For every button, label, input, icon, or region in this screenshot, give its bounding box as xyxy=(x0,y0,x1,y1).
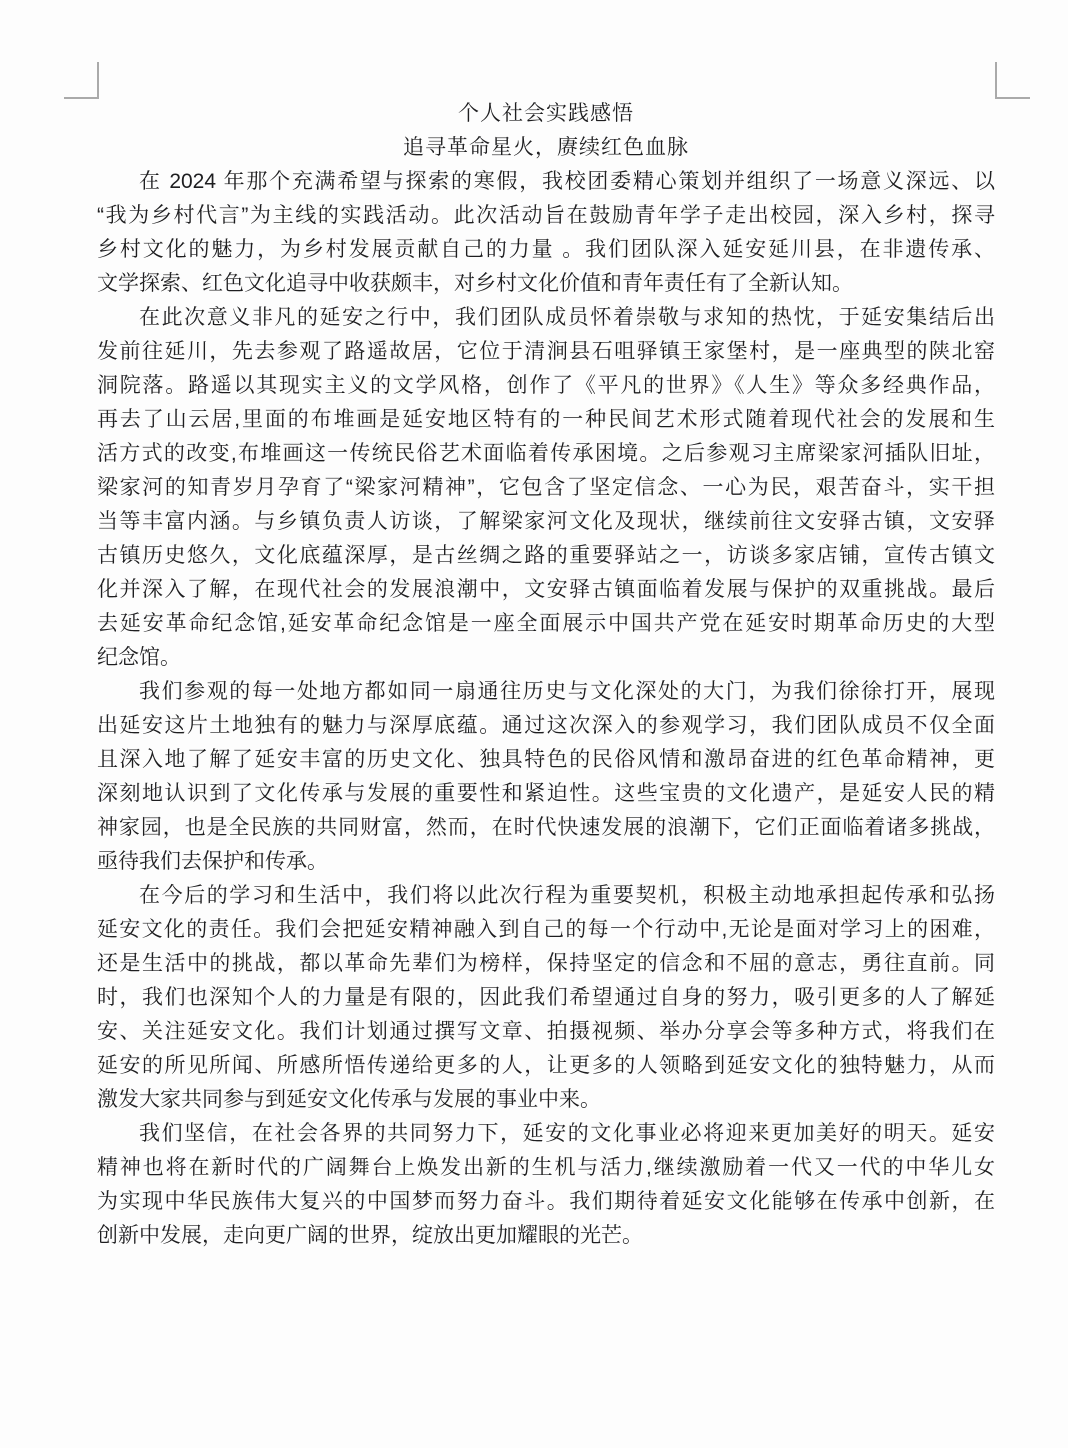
body-line: 梁家河的知青岁月孕育了“梁家河精神”，它包含了坚定信念、一心为民，艰苦奋斗，实干… xyxy=(97,471,995,505)
document-subtitle: 追寻革命星火，赓续红色血脉 xyxy=(97,131,995,165)
body-line: 当等丰富内涵。与乡镇负责人访谈，了解梁家河文化及现状，继续前往文安驿古镇，文安驿 xyxy=(97,505,995,539)
body-line: 延安文化的责任。我们会把延安精神融入到自己的每一个行动中,无论是面对学习上的困难… xyxy=(97,913,995,947)
body-line: 激发大家共同参与到延安文化传承与发展的事业中来。 xyxy=(97,1083,995,1117)
body-line: 古镇历史悠久，文化底蕴深厚，是古丝绸之路的重要驿站之一，访谈多家店铺，宣传古镇文 xyxy=(97,539,995,573)
body-line: 创新中发展，走向更广阔的世界，绽放出更加耀眼的光芒。 xyxy=(97,1219,995,1253)
body-line: 活方式的改变,布堆画这一传统民俗艺术面临着传承困境。之后参观习主席梁家河插队旧址… xyxy=(97,437,995,471)
body-line: 精神也将在新时代的广阔舞台上焕发出新的生机与活力,继续激励着一代又一代的中华儿女 xyxy=(97,1151,995,1185)
body-line: 我们坚信，在社会各界的共同努力下，延安的文化事业必将迎来更加美好的明天。延安 xyxy=(97,1117,995,1151)
document-content: 个人社会实践感悟 追寻革命星火，赓续红色血脉 在 2024 年那个充满希望与探索… xyxy=(97,97,995,1253)
document-title: 个人社会实践感悟 xyxy=(97,97,995,131)
body-line: 时，我们也深知个人的力量是有限的，因此我们希望通过自身的努力，吸引更多的人了解延 xyxy=(97,981,995,1015)
document-body: 在 2024 年那个充满希望与探索的寒假，我校团委精心策划并组织了一场意义深远、… xyxy=(97,165,995,1253)
body-line: 在今后的学习和生活中，我们将以此次行程为重要契机，积极主动地承担起传承和弘扬 xyxy=(97,879,995,913)
body-line: 深刻地认识到了文化传承与发展的重要性和紧迫性。这些宝贵的文化遗产，是延安人民的精 xyxy=(97,777,995,811)
body-line: 再去了山云居,里面的布堆画是延安地区特有的一种民间艺术形式随着现代社会的发展和生 xyxy=(97,403,995,437)
body-line: 发前往延川，先去参观了路遥故居，它位于清涧县石咀驿镇王家堡村，是一座典型的陕北窑 xyxy=(97,335,995,369)
body-line: 纪念馆。 xyxy=(97,641,995,675)
margin-corner-mark-top-left xyxy=(64,62,99,99)
document-page: 个人社会实践感悟 追寻革命星火，赓续红色血脉 在 2024 年那个充满希望与探索… xyxy=(0,0,1068,1448)
body-line: 乡村文化的魅力，为乡村发展贡献自己的力量 。我们团队深入延安延川县，在非遗传承、 xyxy=(97,233,995,267)
body-line: 洞院落。路遥以其现实主义的文学风格，创作了《平凡的世界》《人生》等众多经典作品， xyxy=(97,369,995,403)
margin-corner-mark-top-right xyxy=(995,62,1030,99)
body-line: 神家园，也是全民族的共同财富，然而，在时代快速发展的浪潮下，它们正面临着诸多挑战… xyxy=(97,811,995,845)
body-line: 化并深入了解，在现代社会的发展浪潮中，文安驿古镇面临着发展与保护的双重挑战。最后 xyxy=(97,573,995,607)
body-line: 为实现中华民族伟大复兴的中国梦而努力奋斗。我们期待着延安文化能够在传承中创新，在 xyxy=(97,1185,995,1219)
body-line: “我为乡村代言”为主线的实践活动。此次活动旨在鼓励青年学子走出校园，深入乡村，探… xyxy=(97,199,995,233)
body-line: 文学探索、红色文化追寻中收获颇丰，对乡村文化价值和青年责任有了全新认知。 xyxy=(97,267,995,301)
body-line: 亟待我们去保护和传承。 xyxy=(97,845,995,879)
body-line: 在 2024 年那个充满希望与探索的寒假，我校团委精心策划并组织了一场意义深远、… xyxy=(97,165,995,199)
body-line: 去延安革命纪念馆,延安革命纪念馆是一座全面展示中国共产党在延安时期革命历史的大型 xyxy=(97,607,995,641)
body-line: 在此次意义非凡的延安之行中，我们团队成员怀着崇敬与求知的热忱，于延安集结后出 xyxy=(97,301,995,335)
body-line: 且深入地了解了延安丰富的历史文化、独具特色的民俗风情和激昂奋进的红色革命精神，更 xyxy=(97,743,995,777)
body-line: 还是生活中的挑战，都以革命先辈们为榜样，保持坚定的信念和不屈的意志，勇往直前。同 xyxy=(97,947,995,981)
body-line: 延安的所见所闻、所感所悟传递给更多的人，让更多的人领略到延安文化的独特魅力，从而 xyxy=(97,1049,995,1083)
body-line: 出延安这片土地独有的魅力与深厚底蕴。通过这次深入的参观学习，我们团队成员不仅全面 xyxy=(97,709,995,743)
body-line: 安、关注延安文化。我们计划通过撰写文章、拍摄视频、举办分享会等多种方式，将我们在 xyxy=(97,1015,995,1049)
body-line: 我们参观的每一处地方都如同一扇通往历史与文化深处的大门，为我们徐徐打开，展现 xyxy=(97,675,995,709)
